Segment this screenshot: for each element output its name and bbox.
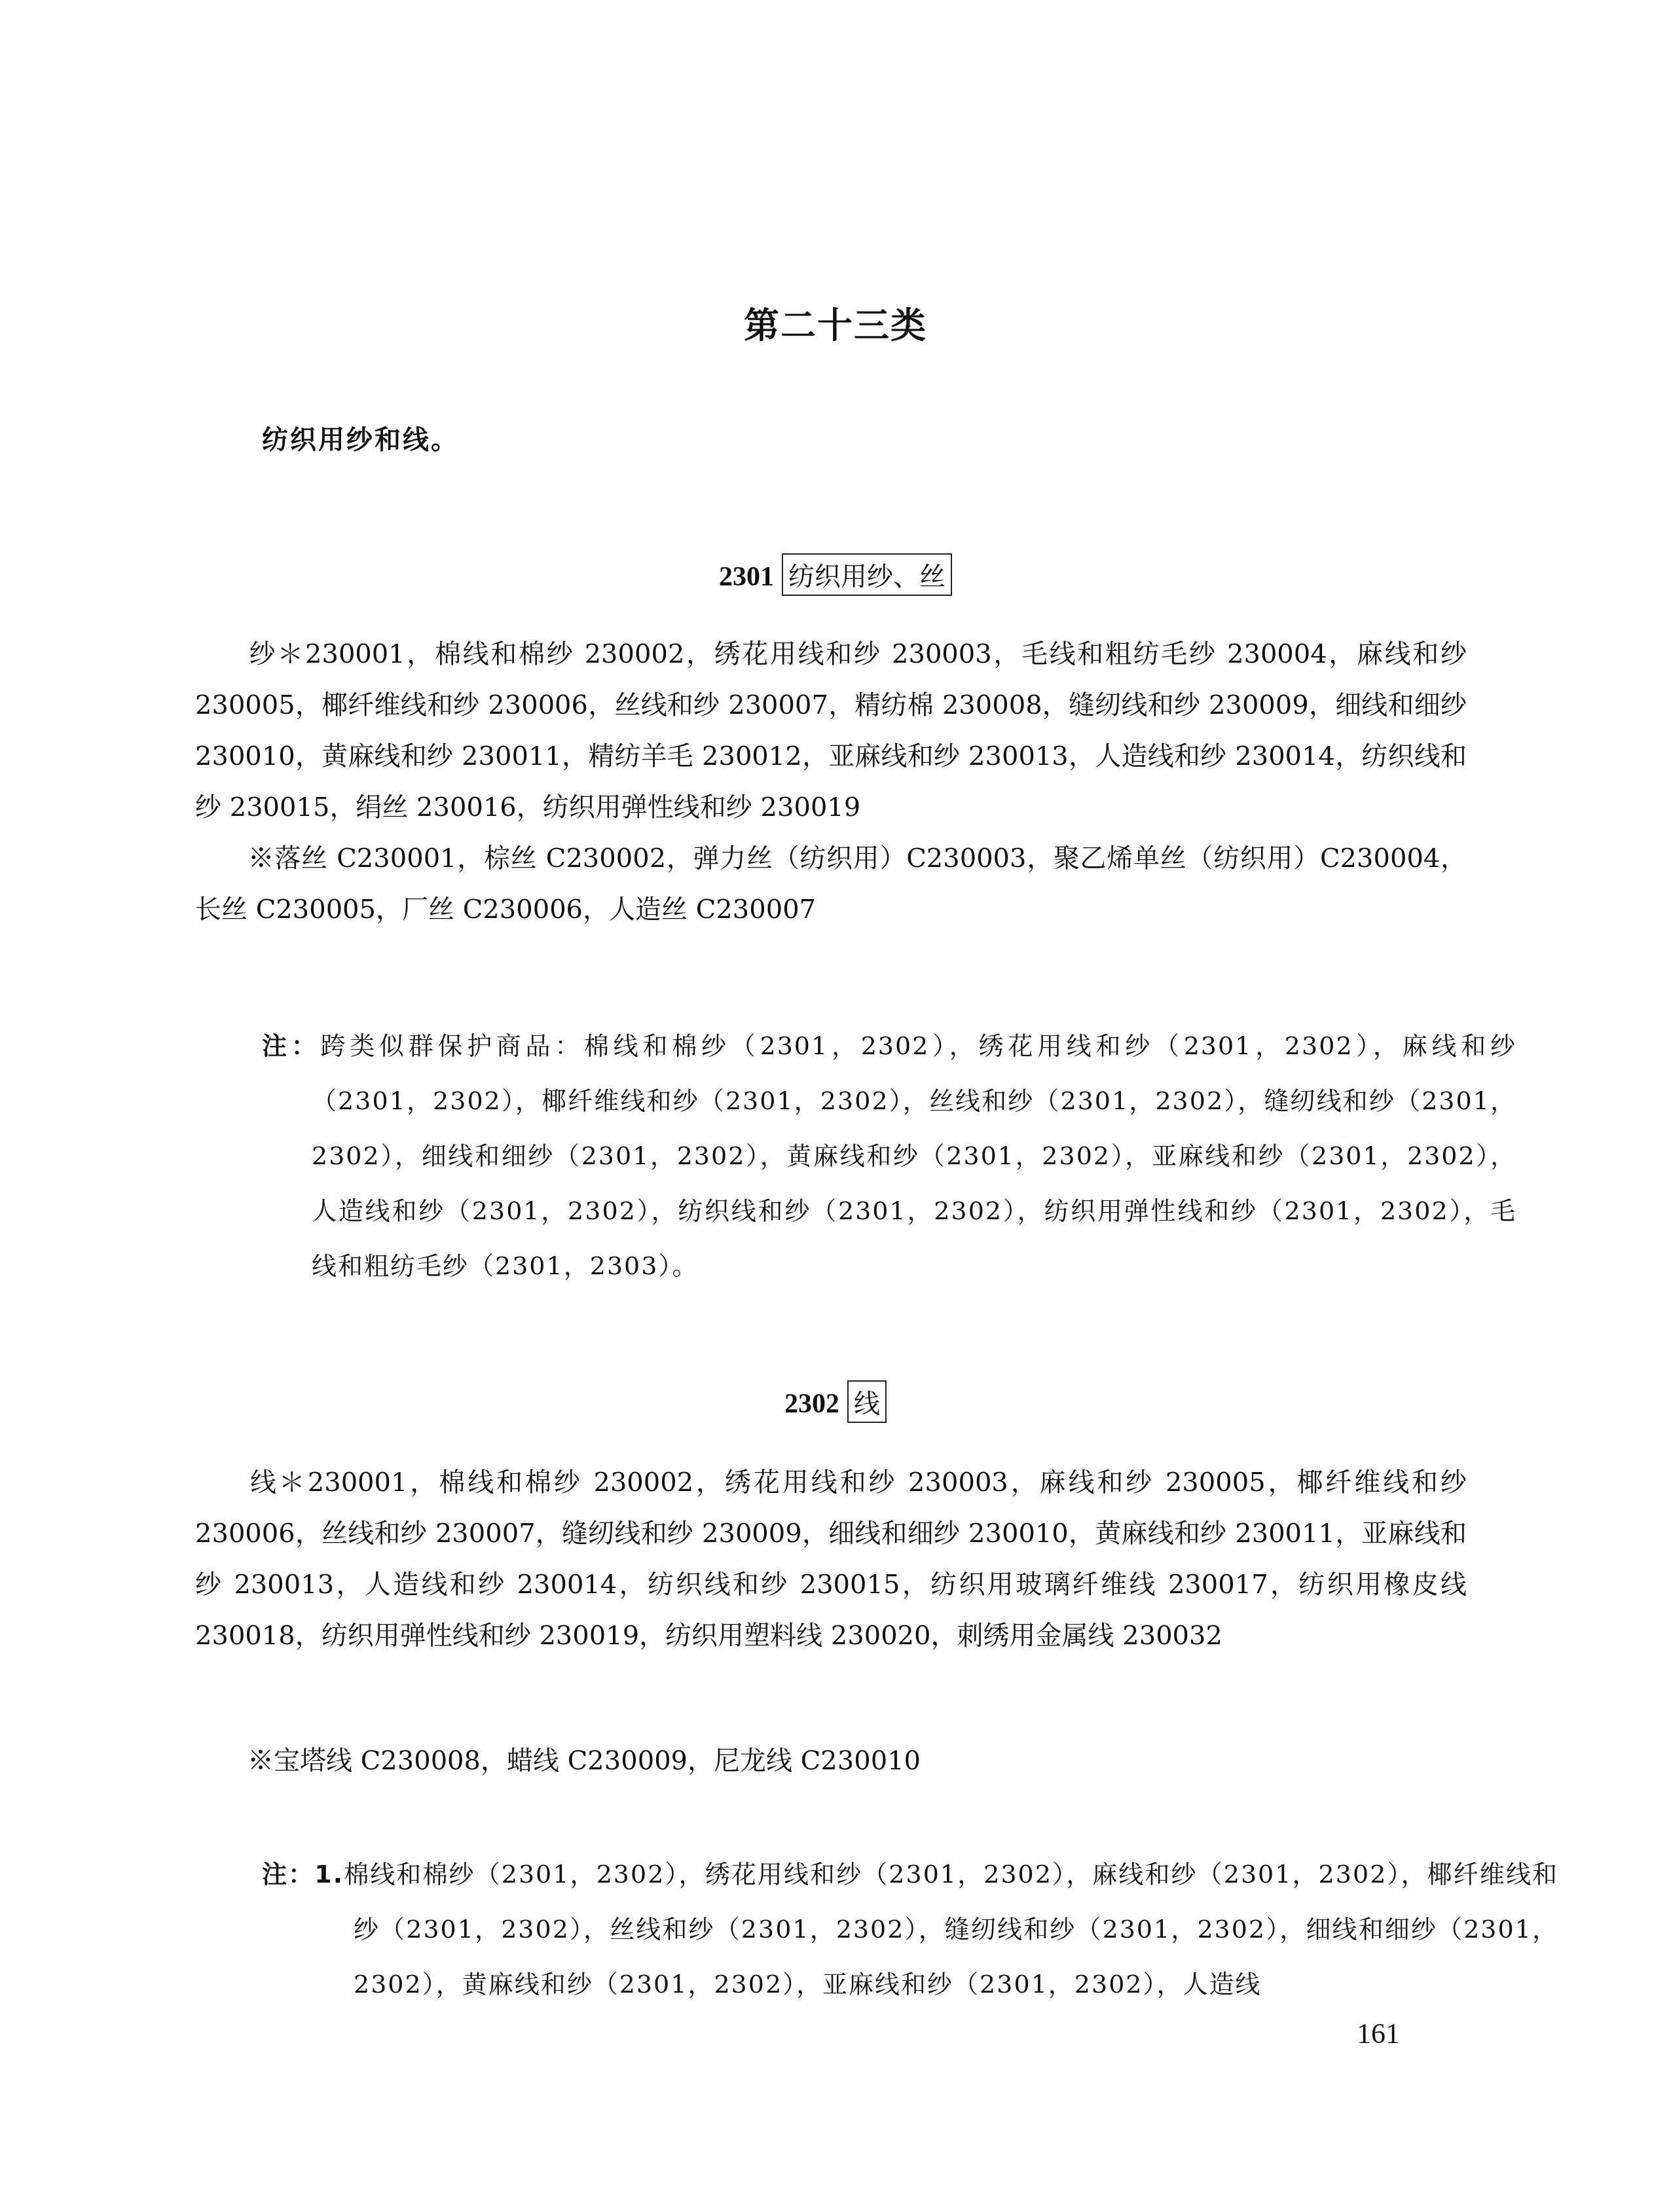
section-name: 纺织用纱、丝: [782, 553, 952, 596]
class-title: 第二十三类: [0, 298, 1671, 348]
extra-goods-list: ※宝塔线 C230008，蜡线 C230009，尼龙线 C230010: [248, 1746, 921, 1776]
note-text: 跨类似群保护商品：棉线和棉纱（2301，2302），绣花用线和纱（2301，23…: [312, 1031, 1516, 1280]
note-label: 注：: [262, 1031, 320, 1060]
section-note-2301: 注：跨类似群保护商品：棉线和棉纱（2301，2302），绣花用线和纱（2301，…: [262, 1018, 1516, 1293]
section-number: 2301: [719, 562, 774, 592]
section-heading-2301: 2301纺织用纱、丝: [0, 553, 1671, 596]
goods-list: 线＊230001，棉线和棉纱 230002，绣花用线和纱 230003，麻线和纱…: [195, 1467, 1467, 1651]
section-number: 2302: [784, 1389, 839, 1419]
section-goods-2302: 线＊230001，棉线和棉纱 230002，绣花用线和纱 230003，麻线和纱…: [195, 1457, 1467, 1661]
section-goods-2301: 纱＊230001，棉线和棉纱 230002，绣花用线和纱 230003，毛线和粗…: [195, 629, 1467, 833]
page-number: 161: [1357, 2017, 1400, 2050]
note-text: 棉线和棉纱（2301，2302），绣花用线和纱（2301，2302），麻线和纱（…: [344, 1860, 1558, 1999]
section-extra-goods-2302: ※宝塔线 C230008，蜡线 C230009，尼龙线 C230010: [195, 1735, 1467, 1786]
section-heading-2302: 2302线: [0, 1380, 1671, 1423]
section-note-2302: 注：1.棉线和棉纱（2301，2302），绣花用线和纱（2301，2302），麻…: [262, 1847, 1558, 2012]
note-label: 注：1.: [262, 1860, 344, 1889]
section-extra-goods-2301: ※落丝 C230001，棕丝 C230002，弹力丝（纺织用）C230003，聚…: [195, 833, 1467, 935]
extra-goods-list: ※落丝 C230001，棕丝 C230002，弹力丝（纺织用）C230003，聚…: [195, 843, 1467, 925]
class-description: 纺织用纱和线。: [262, 419, 459, 456]
section-name: 线: [847, 1380, 887, 1423]
goods-list: 纱＊230001，棉线和棉纱 230002，绣花用线和纱 230003，毛线和粗…: [195, 639, 1467, 822]
